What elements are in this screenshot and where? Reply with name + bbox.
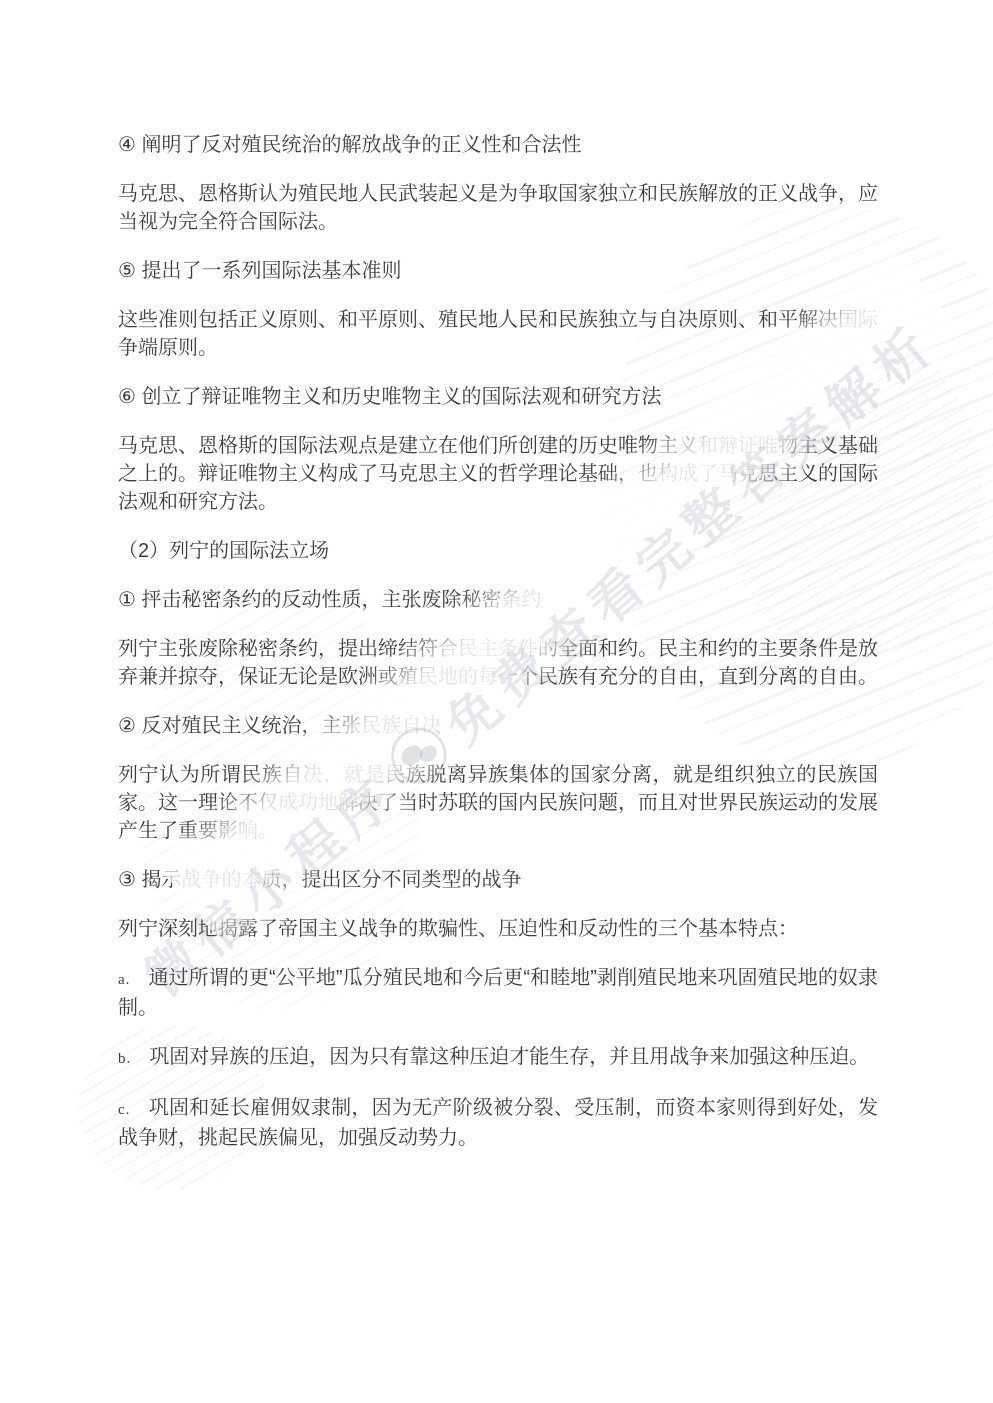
list-item-c: c.巩固和延长雇佣奴隶制，因为无产阶级被分裂、受压制，而资本家则得到好处，发战争… xyxy=(118,1094,878,1152)
list-text: 巩固对异族的压迫，因为只有靠这种压迫才能生存，并且用战争来加强这种压迫。 xyxy=(149,1046,869,1068)
document-page: ④ 阐明了反对殖民统治的解放战争的正义性和合法性 马克思、恩格斯认为殖民地人民武… xyxy=(0,0,993,1403)
paragraph: 马克思、恩格斯的国际法观点是建立在他们所创建的历史唯物主义和辩证唯物主义基础之上… xyxy=(118,432,878,516)
heading-section-2: （2）列宁的国际法立场 xyxy=(118,537,878,565)
paragraph: 这些准则包括正义原则、和平原则、殖民地人民和民族独立与自决原则、和平解决国际争端… xyxy=(118,306,878,362)
heading-point-1: ① 抨击秘密条约的反动性质，主张废除秘密条约 xyxy=(118,586,878,614)
list-marker-a: a. xyxy=(118,972,148,988)
paragraph: 列宁主张废除秘密条约，提出缔结符合民主条件的全面和约。民主和约的主要条件是放弃兼… xyxy=(118,635,878,691)
document-content: ④ 阐明了反对殖民统治的解放战争的正义性和合法性 马克思、恩格斯认为殖民地人民武… xyxy=(118,131,878,1173)
list-text: 通过所谓的更“公平地”瓜分殖民地和今后更“和睦地”剥削殖民地来巩固殖民地的奴隶制… xyxy=(118,967,878,1019)
heading-point-6: ⑥ 创立了辩证唯物主义和历史唯物主义的国际法观和研究方法 xyxy=(118,383,878,411)
list-text: 巩固和延长雇佣奴隶制，因为无产阶级被分裂、受压制，而资本家则得到好处，发战争财，… xyxy=(118,1097,878,1149)
paragraph: 列宁认为所谓民族自决，就是民族脱离异族集体的国家分离，就是组织独立的民族国家。这… xyxy=(118,761,878,845)
heading-point-4: ④ 阐明了反对殖民统治的解放战争的正义性和合法性 xyxy=(118,131,878,159)
paragraph: 列宁深刻地揭露了帝国主义战争的欺骗性、压迫性和反动性的三个基本特点： xyxy=(118,915,878,943)
list-item-a: a.通过所谓的更“公平地”瓜分殖民地和今后更“和睦地”剥削殖民地来巩固殖民地的奴… xyxy=(118,964,878,1022)
paragraph: 马克思、恩格斯认为殖民地人民武装起义是为争取国家独立和民族解放的正义战争，应当视… xyxy=(118,180,878,236)
heading-point-5: ⑤ 提出了一系列国际法基本准则 xyxy=(118,257,878,285)
list-item-b: b.巩固对异族的压迫，因为只有靠这种压迫才能生存，并且用战争来加强这种压迫。 xyxy=(118,1043,878,1073)
heading-point-3: ③ 揭示战争的本质，提出区分不同类型的战争 xyxy=(118,866,878,894)
list-marker-c: c. xyxy=(118,1102,148,1118)
heading-point-2: ② 反对殖民主义统治，主张民族自决 xyxy=(118,712,878,740)
list-marker-b: b. xyxy=(118,1051,149,1067)
